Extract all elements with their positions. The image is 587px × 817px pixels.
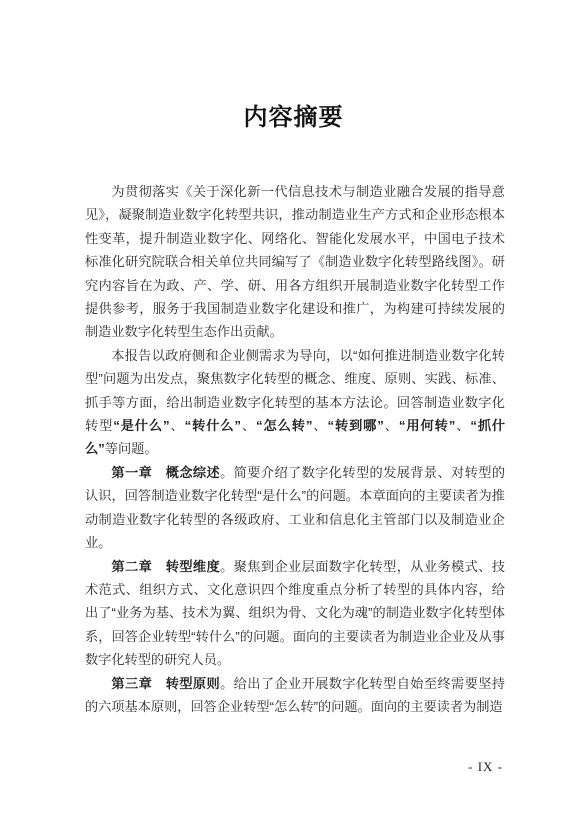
page-title: 内容摘要 xyxy=(0,0,587,131)
paragraph: 本报告以政府侧和企业侧需求为导向，以“如何推进制造业数字化转型”问题为出发点，聚… xyxy=(85,344,505,461)
document-page: 内容摘要 为贯彻落实《关于深化新一代信息技术与制造业融合发展的指导意见》，凝聚制… xyxy=(0,0,587,817)
text-run: 、 xyxy=(170,418,185,433)
paragraph: 第三章 转型原则。给出了企业开展数字化转型自始至终需要坚持的六项基本原则，回答企… xyxy=(85,672,505,719)
page-number: - IX - xyxy=(468,759,503,775)
text-run: “转什么” xyxy=(185,418,241,433)
text-run: 、 xyxy=(312,418,327,433)
text-run: 为贯彻落实《关于深化新一代信息技术与制造业融合发展的指导意见》，凝聚制造业数字化… xyxy=(85,184,505,339)
paragraph: 第二章 转型维度。聚焦到企业层面数字化转型，从业务模式、技术范式、组织方式、文化… xyxy=(85,555,505,672)
text-run: “怎么转” xyxy=(256,418,312,433)
paragraphs: 为贯彻落实《关于深化新一代信息技术与制造业融合发展的指导意见》，凝聚制造业数字化… xyxy=(85,180,505,718)
text-run: 第一章 概念综述 xyxy=(111,465,220,480)
text-run: “用何转” xyxy=(399,418,455,433)
text-run: “转到哪” xyxy=(327,418,383,433)
text-run: 、 xyxy=(384,418,399,433)
paragraph: 为贯彻落实《关于深化新一代信息技术与制造业融合发展的指导意见》，凝聚制造业数字化… xyxy=(85,180,505,344)
text-run: 等问题。 xyxy=(105,441,158,456)
text-run: 第二章 转型维度 xyxy=(111,559,220,574)
text-run: 。聚焦到企业层面数字化转型，从业务模式、技术范式、组织方式、文化意识四个维度重点… xyxy=(85,559,505,668)
paragraph: 第一章 概念综述。简要介绍了数字化转型的发展背景、对转型的认识，回答制造业数字化… xyxy=(85,461,505,555)
text-run: 、 xyxy=(455,418,470,433)
text-run: “是什么” xyxy=(113,418,169,433)
text-run: 第三章 转型原则 xyxy=(111,676,220,691)
text-run: 、 xyxy=(241,418,256,433)
